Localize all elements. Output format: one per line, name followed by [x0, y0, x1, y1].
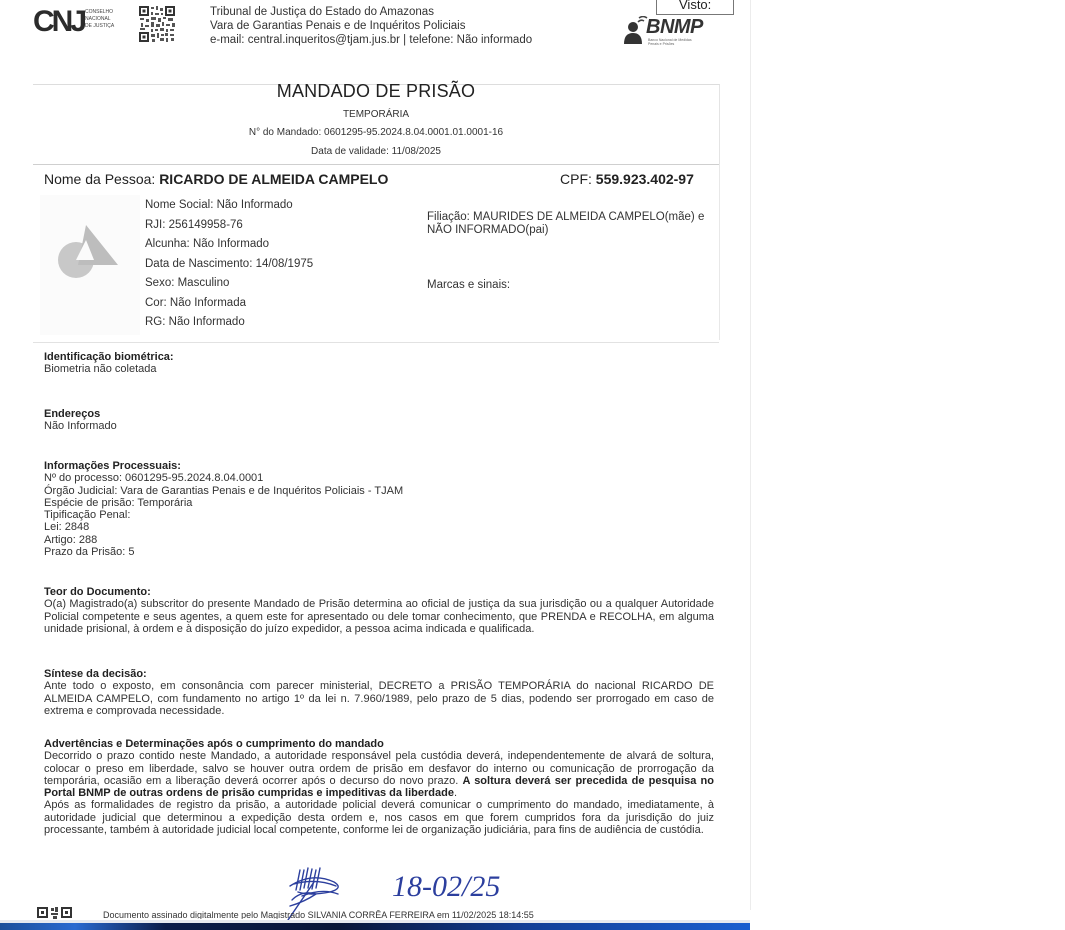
person-name-label: Nome da Pessoa: [44, 171, 155, 187]
warnings-text-2: Após as formalidades de registro da pris… [44, 799, 714, 836]
taskbar [0, 923, 750, 930]
visto-label: Visto: [679, 0, 711, 12]
bnmp-logo-text: BNMP [646, 16, 703, 39]
biometrics-title: Identificação biométrica: [44, 351, 714, 363]
court-division: Vara de Garantias Penais e de Inquéritos… [210, 19, 540, 33]
handwritten-date: 18-02/25 [392, 870, 500, 903]
addresses-title: Endereços [44, 408, 714, 420]
bnmp-logo: BNMP Banco Nacional de Medidas Penais e … [622, 16, 702, 46]
cpf-label: CPF: [560, 171, 592, 187]
person-name: Nome da Pessoa: RICARDO DE ALMEIDA CAMPE… [44, 171, 388, 187]
law: Lei: 2848 [44, 521, 714, 533]
document-subtitle: TEMPORÁRIA [33, 109, 719, 120]
warnings-title: Advertências e Determinações após o cump… [44, 738, 714, 750]
cnj-subtitle-line: DE JUSTIÇA [85, 23, 114, 30]
cnj-logo-letters: CNJ [33, 7, 84, 37]
color: Cor: Não Informada [145, 294, 313, 314]
warnings-section: Advertências e Determinações após o cump… [44, 738, 714, 836]
addresses-section: Endereços Não Informado [44, 408, 714, 433]
document-title: MANDADO DE PRISÃO [33, 81, 719, 102]
decision-summary-title: Síntese da decisão: [44, 668, 714, 680]
prison-term: Prazo da Prisão: 5 [44, 546, 714, 558]
penal-typification: Tipificação Penal: [44, 509, 714, 521]
marks-and-signs: Marcas e sinais: [427, 279, 510, 291]
prison-type: Espécie de prisão: Temporária [44, 497, 714, 509]
alias: Alcunha: Não Informado [145, 235, 313, 255]
cpf-value: 559.923.402-97 [596, 171, 694, 187]
cnj-logo-subtitle: CONSELHO NACIONAL DE JUSTIÇA [85, 9, 114, 30]
process-section: Informações Processuais: Nº do processo:… [44, 460, 714, 558]
warrant-number-value: 0601295-95.2024.8.04.0001.01.0001-16 [324, 127, 503, 138]
social-name: Nome Social: Não Informado [145, 196, 313, 216]
content-title: Teor do Documento: [44, 586, 714, 598]
cnj-subtitle-line: NACIONAL [85, 16, 114, 23]
warnings-text: Decorrido o prazo contido neste Mandado,… [44, 750, 714, 799]
rji: RJI: 256149958-76 [145, 216, 313, 236]
addresses-value: Não Informado [44, 420, 714, 432]
sex: Sexo: Masculino [145, 274, 313, 294]
content-section: Teor do Documento: O(a) Magistrado(a) su… [44, 586, 714, 635]
process-number: Nº do processo: 0601295-95.2024.8.04.000… [44, 472, 714, 484]
warrant-number-label: N° do Mandado: [249, 127, 321, 138]
cnj-logo: CNJ CONSELHO NACIONAL DE JUSTIÇA [33, 5, 125, 39]
court-contact: e-mail: central.inqueritos@tjam.jus.br |… [210, 33, 540, 47]
biometrics-section: Identificação biométrica: Biometria não … [44, 351, 714, 376]
visto-box: Visto: [656, 0, 734, 15]
divider [33, 342, 719, 343]
decision-summary-section: Síntese da decisão: Ante todo o exposto,… [44, 668, 714, 717]
person-details: Nome Social: Não Informado RJI: 25614995… [145, 196, 313, 333]
biometrics-value: Biometria não coletada [44, 363, 714, 375]
warrant-number: N° do Mandado: 0601295-95.2024.8.04.0001… [33, 127, 719, 138]
bnmp-logo-subtitle: Banco Nacional de Medidas Penais e Prisõ… [648, 38, 698, 46]
rg: RG: Não Informado [145, 313, 313, 333]
digital-signature-note: Documento assinado digitalmente pelo Mag… [103, 910, 663, 919]
validity-label: Data de validade: [311, 146, 389, 157]
judicial-body: Órgão Judicial: Vara de Garantias Penais… [44, 485, 714, 497]
person-name-value: RICARDO DE ALMEIDA CAMPELO [159, 171, 388, 187]
birth-date: Data de Nascimento: 14/08/1975 [145, 255, 313, 275]
cnj-subtitle-line: CONSELHO [85, 9, 114, 16]
person-cpf: CPF: 559.923.402-97 [560, 171, 694, 187]
qr-code-icon [138, 5, 176, 43]
validity-date: Data de validade: 11/08/2025 [33, 146, 719, 157]
validity-value: 11/08/2025 [392, 146, 441, 157]
person-icon [622, 16, 648, 46]
court-name: Tribunal de Justiça do Estado do Amazona… [210, 5, 540, 19]
divider [33, 164, 719, 165]
filiation: Filiação: MAURIDES DE ALMEIDA CAMPELO(mã… [427, 211, 727, 237]
process-title: Informações Processuais: [44, 460, 714, 472]
article: Artigo: 288 [44, 534, 714, 546]
court-header: Tribunal de Justiça do Estado do Amazona… [210, 5, 540, 47]
footer-qr-icon [37, 907, 77, 921]
photo-placeholder-icon [40, 195, 140, 335]
warrant-page: CNJ CONSELHO NACIONAL DE JUSTIÇA Tribuna… [0, 0, 760, 930]
page-edge [750, 0, 751, 910]
decision-summary-text: Ante todo o exposto, em consonância com … [44, 680, 714, 717]
content-text: O(a) Magistrado(a) subscritor do present… [44, 598, 714, 635]
divider [719, 164, 720, 340]
